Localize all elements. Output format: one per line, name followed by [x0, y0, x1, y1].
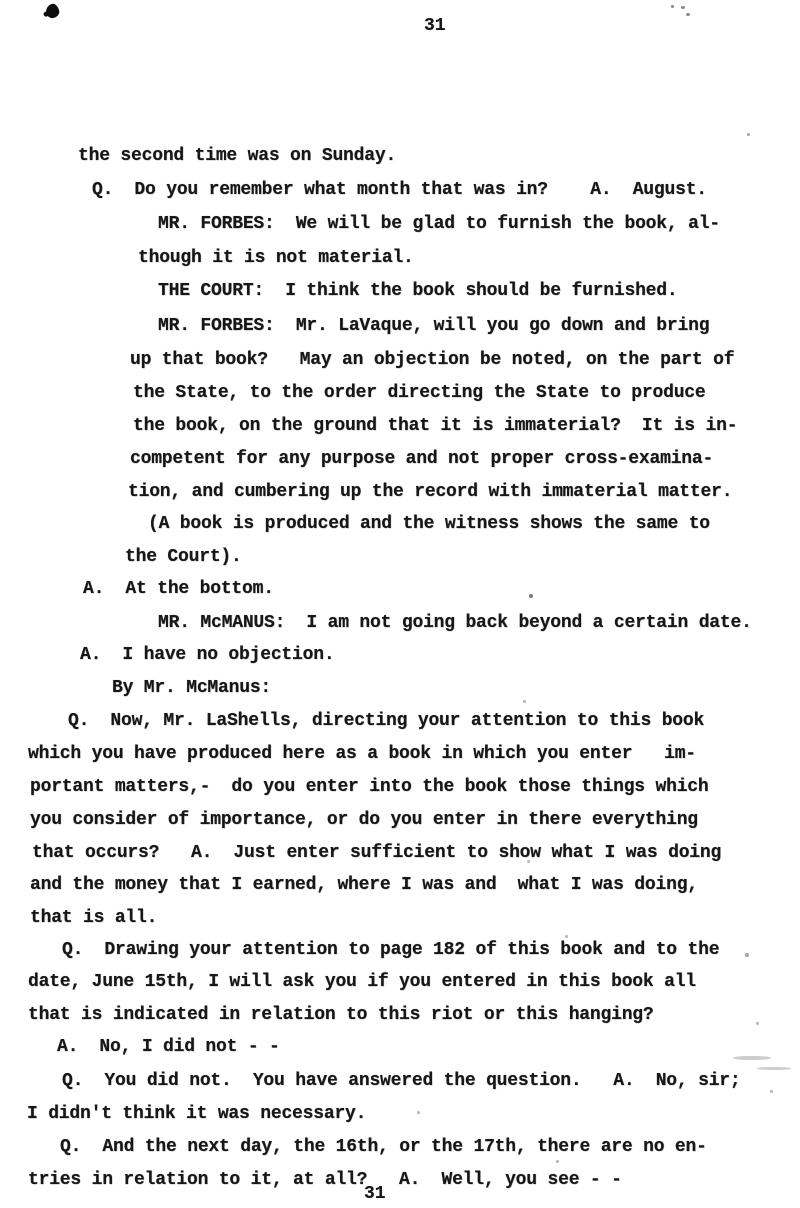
text-line: Q. And the next day, the 16th, or the 17… — [60, 1137, 707, 1157]
ink-speck — [556, 1160, 559, 1163]
text-line: THE COURT: I think the book should be fu… — [158, 281, 678, 301]
page-number-top: 31 — [424, 16, 446, 36]
ink-speck — [523, 700, 526, 703]
text-line: tion, and cumbering up the record with i… — [128, 482, 732, 502]
ink-speck — [565, 935, 568, 938]
text-line: A. No, I did not - - — [57, 1037, 280, 1057]
transcript-page: 31 the second time was on Sunday.Q. Do y… — [0, 0, 800, 1208]
text-line: MR. McMANUS: I am not going back beyond … — [158, 613, 752, 633]
text-line: portant matters,- do you enter into the … — [30, 777, 709, 797]
text-line: Q. Now, Mr. LaShells, directing your att… — [68, 711, 704, 731]
text-line: you consider of importance, or do you en… — [30, 810, 698, 830]
text-line: Q. Drawing your attention to page 182 of… — [62, 940, 719, 960]
text-line: the Court). — [125, 547, 242, 567]
text-line: competent for any purpose and not proper… — [130, 449, 713, 469]
ink-speck — [417, 1111, 420, 1114]
ink-speck — [527, 860, 530, 863]
ink-speck — [747, 133, 750, 136]
text-line: up that book? May an objection be noted,… — [130, 350, 734, 370]
ink-speck — [757, 1067, 791, 1070]
text-line: MR. FORBES: Mr. LaVaque, will you go dow… — [158, 316, 709, 336]
ink-speck — [770, 1090, 773, 1093]
ink-speck — [529, 594, 533, 598]
text-line: that is all. — [30, 908, 157, 928]
ink-blot — [44, 3, 60, 20]
ink-speck — [733, 1056, 771, 1060]
text-line: tries in relation to it, at all? A. Well… — [28, 1170, 622, 1190]
text-line: A. At the bottom. — [83, 579, 274, 599]
ink-speck — [671, 5, 674, 8]
text-line: By Mr. McManus: — [112, 678, 271, 698]
text-line: MR. FORBES: We will be glad to furnish t… — [158, 214, 720, 234]
text-line: I didn't think it was necessary. — [27, 1104, 366, 1124]
text-line: Q. You did not. You have answered the qu… — [62, 1071, 741, 1091]
text-line: that is indicated in relation to this ri… — [28, 1005, 654, 1025]
text-line: the second time was on Sunday. — [78, 146, 396, 166]
ink-speck — [686, 13, 690, 16]
ink-speck — [756, 1022, 759, 1025]
text-line: (A book is produced and the witness show… — [148, 514, 710, 534]
text-line: which you have produced here as a book i… — [28, 744, 696, 764]
text-line: though it is not material. — [138, 248, 414, 268]
ink-speck — [681, 6, 685, 9]
text-line: and the money that I earned, where I was… — [30, 875, 698, 895]
text-line: the State, to the order directing the St… — [133, 383, 706, 403]
text-line: Q. Do you remember what month that was i… — [92, 180, 707, 200]
text-line: that occurs? A. Just enter sufficient to… — [32, 843, 721, 863]
text-line: A. I have no objection. — [80, 645, 334, 665]
text-line: date, June 15th, I will ask you if you e… — [28, 972, 696, 992]
text-line: the book, on the ground that it is immat… — [133, 416, 737, 436]
ink-speck — [745, 953, 749, 957]
page-number-bottom: 31 — [364, 1184, 386, 1204]
